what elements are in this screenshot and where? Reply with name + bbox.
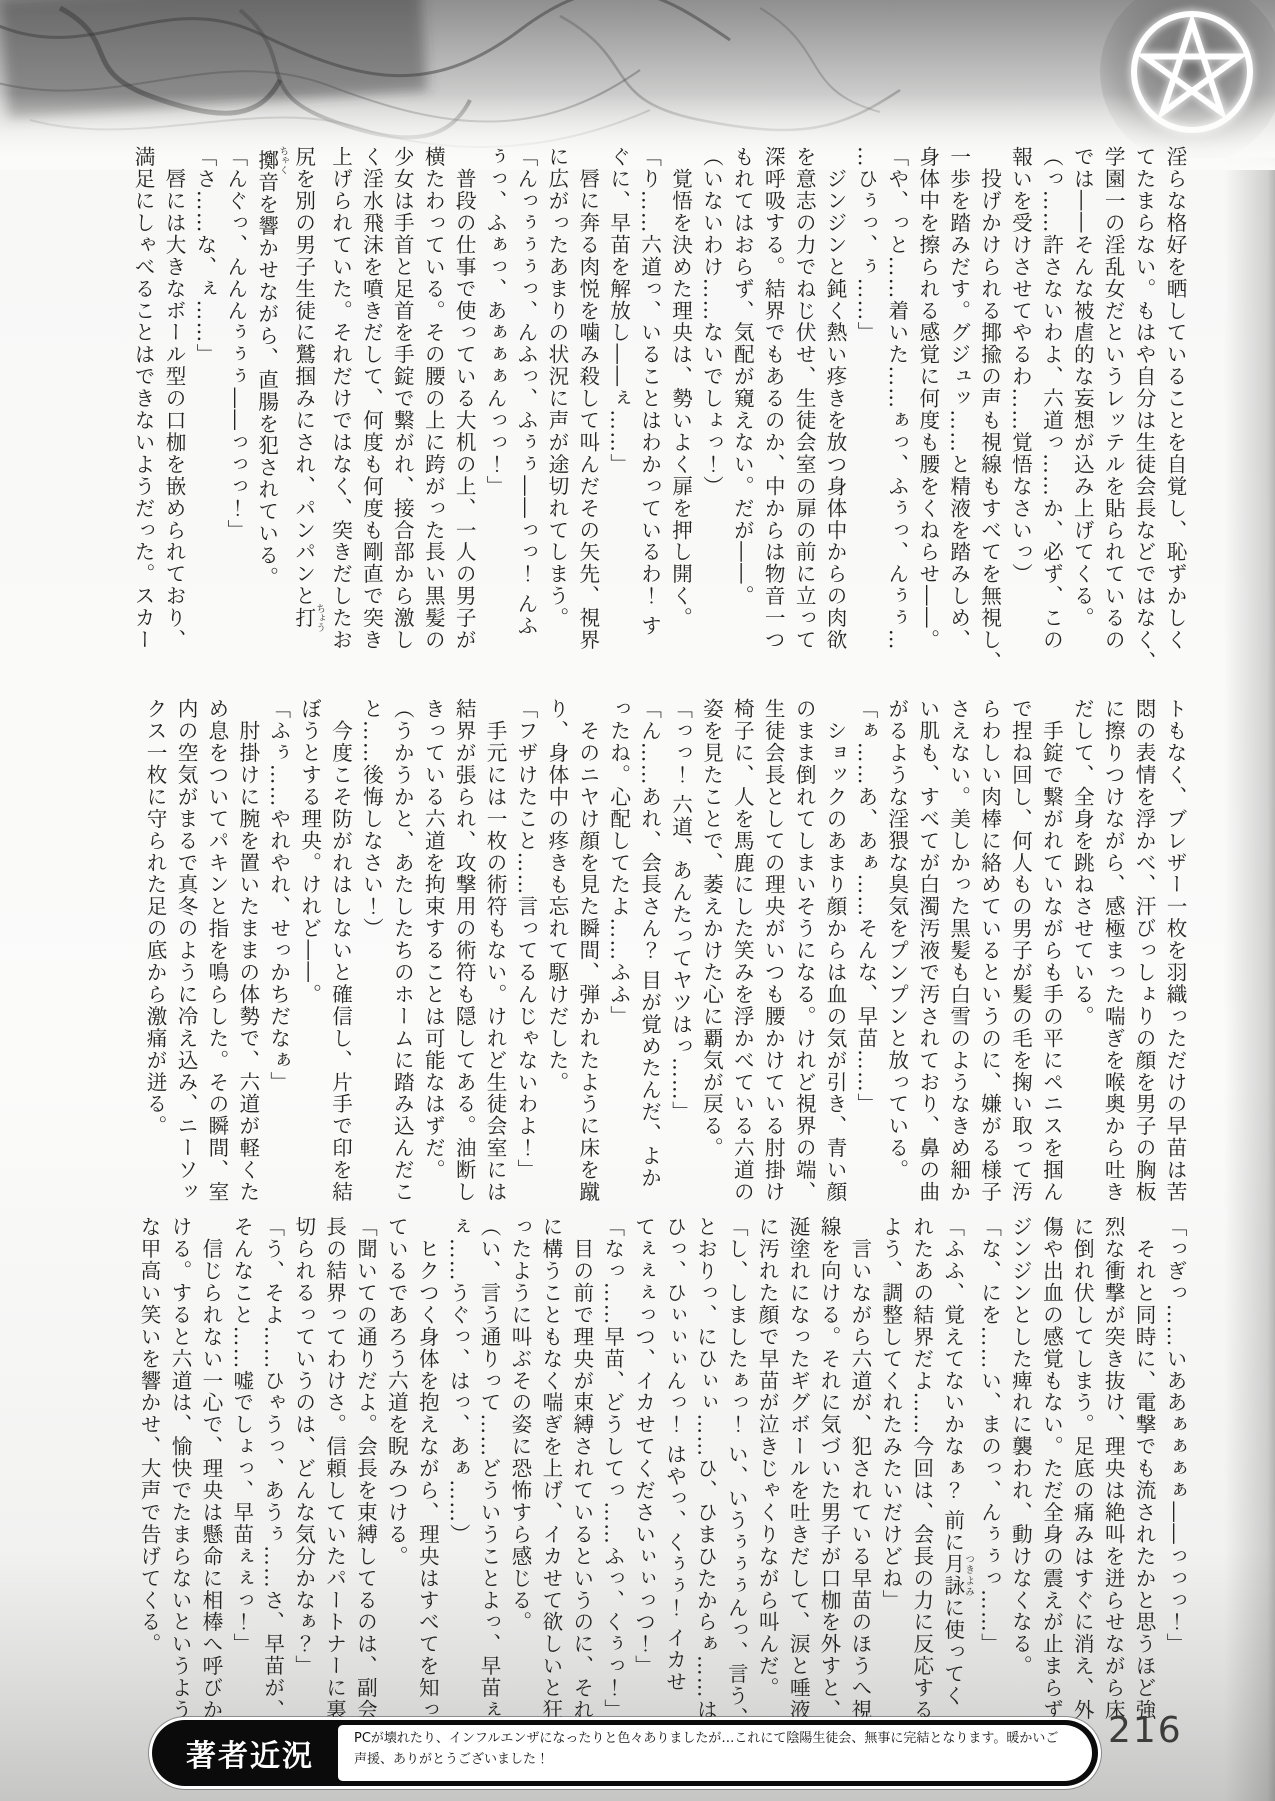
text-column: のまま倒れてしまいそうになる。けれど視界の端、 xyxy=(788,698,819,1205)
text-band-3: 「っぎっ……いああぁぁぁぁ――っっっ！」 それと同時に、電撃でも流されたかと思う… xyxy=(133,1216,1190,1723)
text-column: 「や、っと……着いた……ぁっ、ふぅっ、んぅぅ… xyxy=(881,146,912,653)
text-column: そのニヤけ顔を見た瞬間、弾かれたように床を蹴 xyxy=(572,698,603,1205)
text-column: 報いを受けさせてやるわ……覚悟なさいっ） xyxy=(1005,146,1036,653)
text-column: ったように叫ぶその姿に恐怖すら感じる。 xyxy=(504,1216,535,1723)
text-column: い肌も、すべてが白濁汚液で汚されており、鼻の曲 xyxy=(912,698,943,1205)
text-column: 椅子に、人を馬鹿にした笑みを浮かべている六道の xyxy=(726,698,757,1205)
text-column: で捏ね回し、何人もの男子が髪の毛を掬い取って汚 xyxy=(1005,698,1036,1205)
text-column: らわしい肉棒に絡めているというのに、嫌がる様子 xyxy=(974,698,1005,1205)
text-column: 擲ちゃく音を響かせながら、直腸を犯されている。 xyxy=(251,146,288,653)
text-column: 「フザけたこと……言ってるんじゃないわよ！」 xyxy=(510,698,541,1205)
text-column: 「り……六道っ、いることはわかっているわ！ す xyxy=(634,146,665,653)
text-column: 一歩を踏みだす。グジュッ……と精液を踏みしめ、 xyxy=(943,146,974,653)
text-column: 「んっぅぅぅっ、んふっ、ふぅぅ――っっ！ んふ xyxy=(510,146,541,653)
text-band-2: トもなく、ブレザー一枚を羽織っただけの早苗は苦悶の表情を浮かべ、汗びっしょりの顔… xyxy=(139,698,1190,1205)
text-column: ヒクつく身体を抱えながら、理央はすべてを知っ xyxy=(411,1216,442,1723)
text-column: （いないわけ……ないでしょっ！） xyxy=(696,146,727,653)
text-column: に擦りつけながら、感極まった喘ぎを喉奥から吐き xyxy=(1097,698,1128,1205)
text-column: てたまらない。もはや自分は生徒会長などではなく、 xyxy=(1128,146,1159,653)
text-column: 「し、しましたぁっ！ い、いうぅぅぅんっ、言う、 xyxy=(720,1216,751,1723)
page-number: 216 xyxy=(1108,1710,1183,1751)
text-column: と……後悔しなさい！） xyxy=(356,698,387,1205)
text-column: さえない。美しかった黒髪も白雪のようなきめ細か xyxy=(943,698,974,1205)
text-column: ショックのあまり顔からは血の気が引き、青い顔 xyxy=(819,698,850,1205)
text-column: 長の結界ってわけさ。信頼していたパートナーに裏 xyxy=(319,1216,350,1723)
text-column: 「ぁ……あ、あぁ……そんな、早苗……」 xyxy=(850,698,881,1205)
text-column: 切られるっていうのは、どんな気分かなぁ？」 xyxy=(288,1216,319,1723)
text-column: 唇に奔る肉悦を噛み殺して叫んだその矢先、視界 xyxy=(572,146,603,653)
text-column: （っ……許さないわよ、六道っ……か、必ず、この xyxy=(1035,146,1066,653)
text-column: り、身体中の疼きも忘れて駆けだした。 xyxy=(541,698,572,1205)
text-column: だして、全身を跳ねさせている。 xyxy=(1066,698,1097,1205)
text-column: 身体中を擦られる感覚に何度も腰をくねらせ――。 xyxy=(912,146,943,653)
text-column: きっている六道を拘束することは可能なはずだ。 xyxy=(417,698,448,1205)
author-note-bar: 著者近況 PCが壊れたり、インフルエンザになったりと色々ありましたが…これにて陰… xyxy=(152,1720,1098,1786)
text-column: 内の空気がまるで真冬のように冷え込み、ニーソッ xyxy=(170,698,201,1205)
text-column: ける。すると六道は、愉快でたまらないというよう xyxy=(164,1216,195,1723)
text-column: トもなく、ブレザー一枚を羽織っただけの早苗は苦 xyxy=(1159,698,1190,1205)
text-column: 淫らな格好を晒していることを自覚し、恥ずかしく xyxy=(1159,146,1190,653)
text-column: ジンジンと鈍く熱い疼きを放つ身体中からの肉欲 xyxy=(819,146,850,653)
text-column: …ひぅっ、ぅ……」 xyxy=(850,146,881,653)
author-note-text: PCが壊れたり、インフルエンザになったりと色々ありましたが…これにて陰陽生徒会、… xyxy=(338,1725,1092,1781)
text-column: ぅっ、ふぁっ、あぁぁぁんっっ！」 xyxy=(479,146,510,653)
text-column: に広がったあまりの状況に声が途切れてしまう。 xyxy=(541,146,572,653)
text-column: 上げられていた。それだけではなく、突きだしたお xyxy=(325,146,356,653)
text-column: 横たわっている。その腰の上に跨がった長い黒髪の xyxy=(417,146,448,653)
text-column: 涎塗れになったギグボールを吐きだして、涙と唾液 xyxy=(782,1216,813,1723)
text-column: 唇には大きなボール型の口枷を嵌められており、 xyxy=(158,146,189,653)
text-column: クス一枚に守られた足の底から激痛が迸る。 xyxy=(139,698,170,1205)
author-note-label: 著者近況 xyxy=(152,1720,338,1786)
text-column: 深呼吸する。結界でもあるのか、中からは物音一つ xyxy=(757,146,788,653)
text-column: 投げかけられる揶揄の声も視線もすべてを無視し、 xyxy=(974,146,1005,653)
text-column: 「なっ……早苗、どうしてっ……ふっ、くぅっ！」 xyxy=(597,1216,628,1723)
text-column: （い、言う通りって……どういうことよっ、早苗ぇ xyxy=(473,1216,504,1723)
text-column: 「う、そよ……ひゃうっ、あうぅ……さ、早苗が、 xyxy=(257,1216,288,1723)
text-column: そんなこと……嘘でしょっ、早苗ぇぇっ！」 xyxy=(226,1216,257,1723)
text-column: 悶の表情を浮かべ、汗びっしょりの顔を男子の胸板 xyxy=(1128,698,1159,1205)
text-column: 手錠で繋がれていながらも手の平にペニスを掴ん xyxy=(1035,698,1066,1205)
text-column: 「な、にを……い、まのっ、んぅぅっ……」 xyxy=(974,1216,1005,1723)
text-column: 「聞いての通りだよ。会長を束縛してるのは、副会 xyxy=(350,1216,381,1723)
text-column: 言いながら六道が、犯されている早苗のほうへ視 xyxy=(844,1216,875,1723)
text-column: め息をついてパキンと指を鳴らした。その瞬間、室 xyxy=(201,698,232,1205)
text-column: では――そんな被虐的な妄想が込み上げてくる。 xyxy=(1066,146,1097,653)
text-column: 少女は手首と足首を手錠で繋がれ、接合部から激し xyxy=(386,146,417,653)
text-column: 満足にしゃべることはできないようだった。スカー xyxy=(127,146,158,653)
text-column: 線を向ける。それに気づいた男子が口枷を外すと、 xyxy=(813,1216,844,1723)
text-column: ぇ……うぐっ、はっ、あぁ……） xyxy=(442,1216,473,1723)
text-column: がるような淫猥な臭気をプンプンと放っている。 xyxy=(881,698,912,1205)
text-column: ったね。心配してたよ……ふふ」 xyxy=(603,698,634,1205)
text-column: 手元には一枚の術符もない。けれど生徒会室には xyxy=(479,698,510,1205)
text-column: それと同時に、電撃でも流されたかと思うほど強 xyxy=(1128,1216,1159,1723)
text-column: ているであろう六道を睨みつける。 xyxy=(380,1216,411,1723)
text-column: 「ふふ、覚えてないかなぁ？ 前に月詠つきよみに使ってく xyxy=(937,1216,974,1723)
text-column: ぼうとする理央。けれど――。 xyxy=(294,698,325,1205)
text-band-1: 淫らな格好を晒していることを自覚し、恥ずかしくてたまらない。もはや自分は生徒会長… xyxy=(127,146,1190,653)
text-column: 傷や出血の感覚もない。ただ全身の震えが止まらず、 xyxy=(1035,1216,1066,1723)
text-column: ぐに、早苗を解放し――ぇ……」 xyxy=(603,146,634,653)
text-column: ジンジンとした痺れに襲われ、動けなくなる。 xyxy=(1005,1216,1036,1723)
text-column: 目の前で理央が束縛されているというのに、それ xyxy=(566,1216,597,1723)
text-column: 「さ……な、ぇ……」 xyxy=(189,146,220,653)
text-column: ひっ、ひぃぃぃんっ！ はやっ、くぅぅ！ イカせ xyxy=(659,1216,690,1723)
text-column: （うかうかと、あたしたちのホームに踏み込んだこ xyxy=(386,698,417,1205)
text-column: に構うこともなく喘ぎを上げ、イカせて欲しいと狂 xyxy=(535,1216,566,1723)
text-column: 尻を別の男子生徒に鷲掴みにされ、パンパンと打ちょう xyxy=(288,146,325,653)
text-column: 「っぎっ……いああぁぁぁぁ――っっっ！」 xyxy=(1159,1216,1190,1723)
text-column: 学園一の淫乱女だというレッテルを貼られているの xyxy=(1097,146,1128,653)
text-column: を意志の力でねじ伏せ、生徒会室の扉の前に立って xyxy=(788,146,819,653)
text-column: 烈な衝撃が突き抜け、理央は絶叫を迸らせながら床 xyxy=(1097,1216,1128,1723)
header-fade xyxy=(0,0,1275,170)
text-column: に倒れ伏してしまう。足底の痛みはすぐに消え、外 xyxy=(1066,1216,1097,1723)
text-column: れたあの結界だよ……今回は、会長の力に反応する xyxy=(906,1216,937,1723)
text-column: 生徒会長としての理央がいつも腰かけている肘掛け xyxy=(757,698,788,1205)
text-column: とおりっ、にひぃぃ……ひ、ひまひたからぁ……は xyxy=(690,1216,721,1723)
text-column: 信じられない一心で、理央は懸命に相棒へ呼びか xyxy=(195,1216,226,1723)
text-column: てぇぇぇっつ、イカせてくださいぃぃっつ！」 xyxy=(628,1216,659,1723)
text-column: な甲高い笑いを響かせ、大声で告げてくる。 xyxy=(133,1216,164,1723)
text-column: 結界が張られ、攻撃用の術符も隠してある。油断し xyxy=(448,698,479,1205)
text-column: よう、調整してくれたみたいだけどね」 xyxy=(875,1216,906,1723)
text-column: もれてはおらず、気配が窺えない。だが――。 xyxy=(726,146,757,653)
text-column: 覚悟を決めた理央は、勢いよく扉を押し開く。 xyxy=(665,146,696,653)
text-column: く淫水飛沫を噴きだして、何度も何度も剛直で突き xyxy=(356,146,387,653)
text-column: 「ん……あれ、会長さん？ 目が覚めたんだ、よか xyxy=(634,698,665,1205)
text-column: 今度こそ防がれはしないと確信し、片手で印を結 xyxy=(325,698,356,1205)
text-column: 普段の仕事で使っている大机の上、一人の男子が xyxy=(448,146,479,653)
text-column: に汚れた顔で早苗が泣きじゃくりながら叫んだ。 xyxy=(751,1216,782,1723)
text-column: 「んぐっ、んんんぅぅぅ――っっっ！」 xyxy=(220,146,251,653)
text-column: 肘掛けに腕を置いたままの体勢で、六道が軽くた xyxy=(232,698,263,1205)
text-column: 「ふぅ……やれやれ、せっかちだなぁ」 xyxy=(263,698,294,1205)
text-column: 姿を見たことで、萎えかけた心に覇気が戻る。 xyxy=(696,698,727,1205)
text-column: 「っっ！ 六道、あんたってヤツはっ……」 xyxy=(665,698,696,1205)
